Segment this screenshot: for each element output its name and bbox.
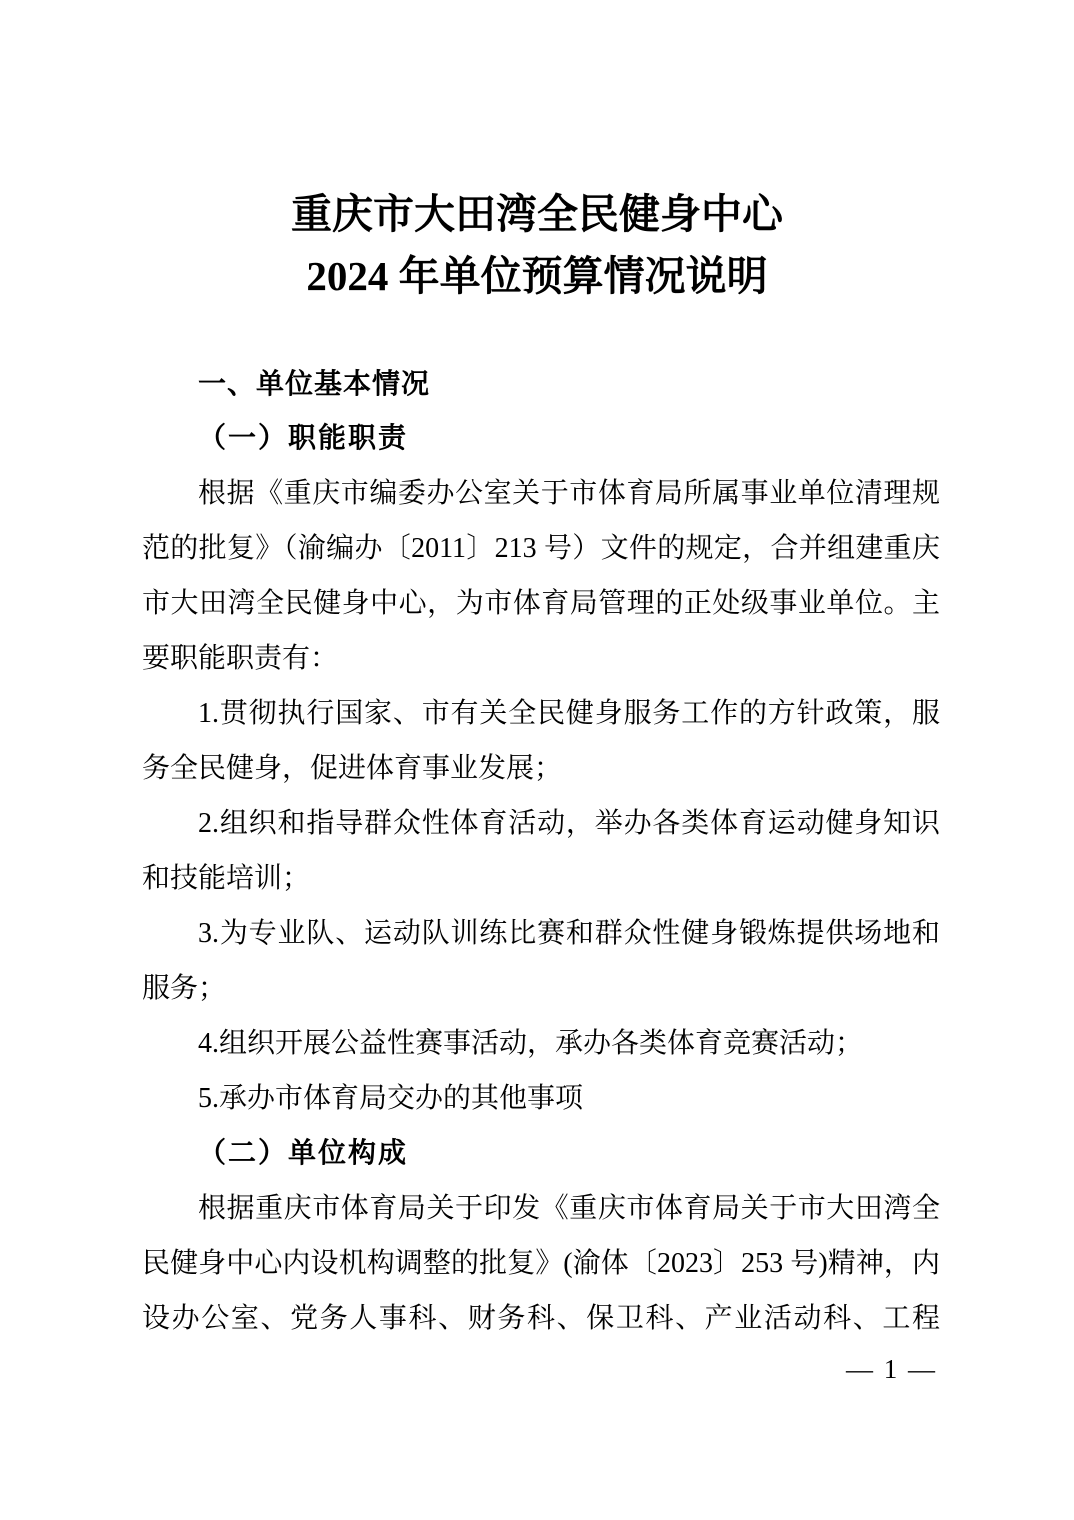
paragraph-duty-item-4: 4.组织开展公益性赛事活动，承办各类体育竞赛活动； (142, 1016, 940, 1071)
paragraph-duty-item-3: 3.为专业队、运动队训练比赛和群众性健身锻炼提供场地和服务； (142, 906, 940, 1016)
document-title-line-2: 2024 年单位预算情况说明 (0, 245, 1074, 307)
document-page: 重庆市大田湾全民健身中心 2024 年单位预算情况说明 一、单位基本情况 （一）… (0, 0, 1074, 1520)
paragraph-unit-composition: 根据重庆市体育局关于印发《重庆市体育局关于市大田湾全民健身中心内设机构调整的批复… (142, 1181, 940, 1346)
subsection-heading-unit-composition: （二）单位构成 (142, 1126, 940, 1181)
paragraph-establishment-basis: 根据《重庆市编委办公室关于市体育局所属事业单位清理规范的批复》（渝编办〔2011… (142, 466, 940, 686)
document-body: 一、单位基本情况 （一）职能职责 根据《重庆市编委办公室关于市体育局所属事业单位… (142, 356, 940, 1346)
section-heading-unit-basic-info: 一、单位基本情况 (142, 356, 940, 411)
page-number: — 1 — (846, 1342, 937, 1397)
paragraph-duty-item-5: 5.承办市体育局交办的其他事项 (142, 1071, 940, 1126)
paragraph-duty-item-2: 2.组织和指导群众性体育活动，举办各类体育运动健身知识和技能培训； (142, 796, 940, 906)
document-title: 重庆市大田湾全民健身中心 2024 年单位预算情况说明 (0, 0, 1074, 307)
document-title-line-1: 重庆市大田湾全民健身中心 (0, 183, 1074, 245)
paragraph-duty-item-1: 1.贯彻执行国家、市有关全民健身服务工作的方针政策，服务全民健身，促进体育事业发… (142, 686, 940, 796)
subsection-heading-functions-duties: （一）职能职责 (142, 411, 940, 466)
